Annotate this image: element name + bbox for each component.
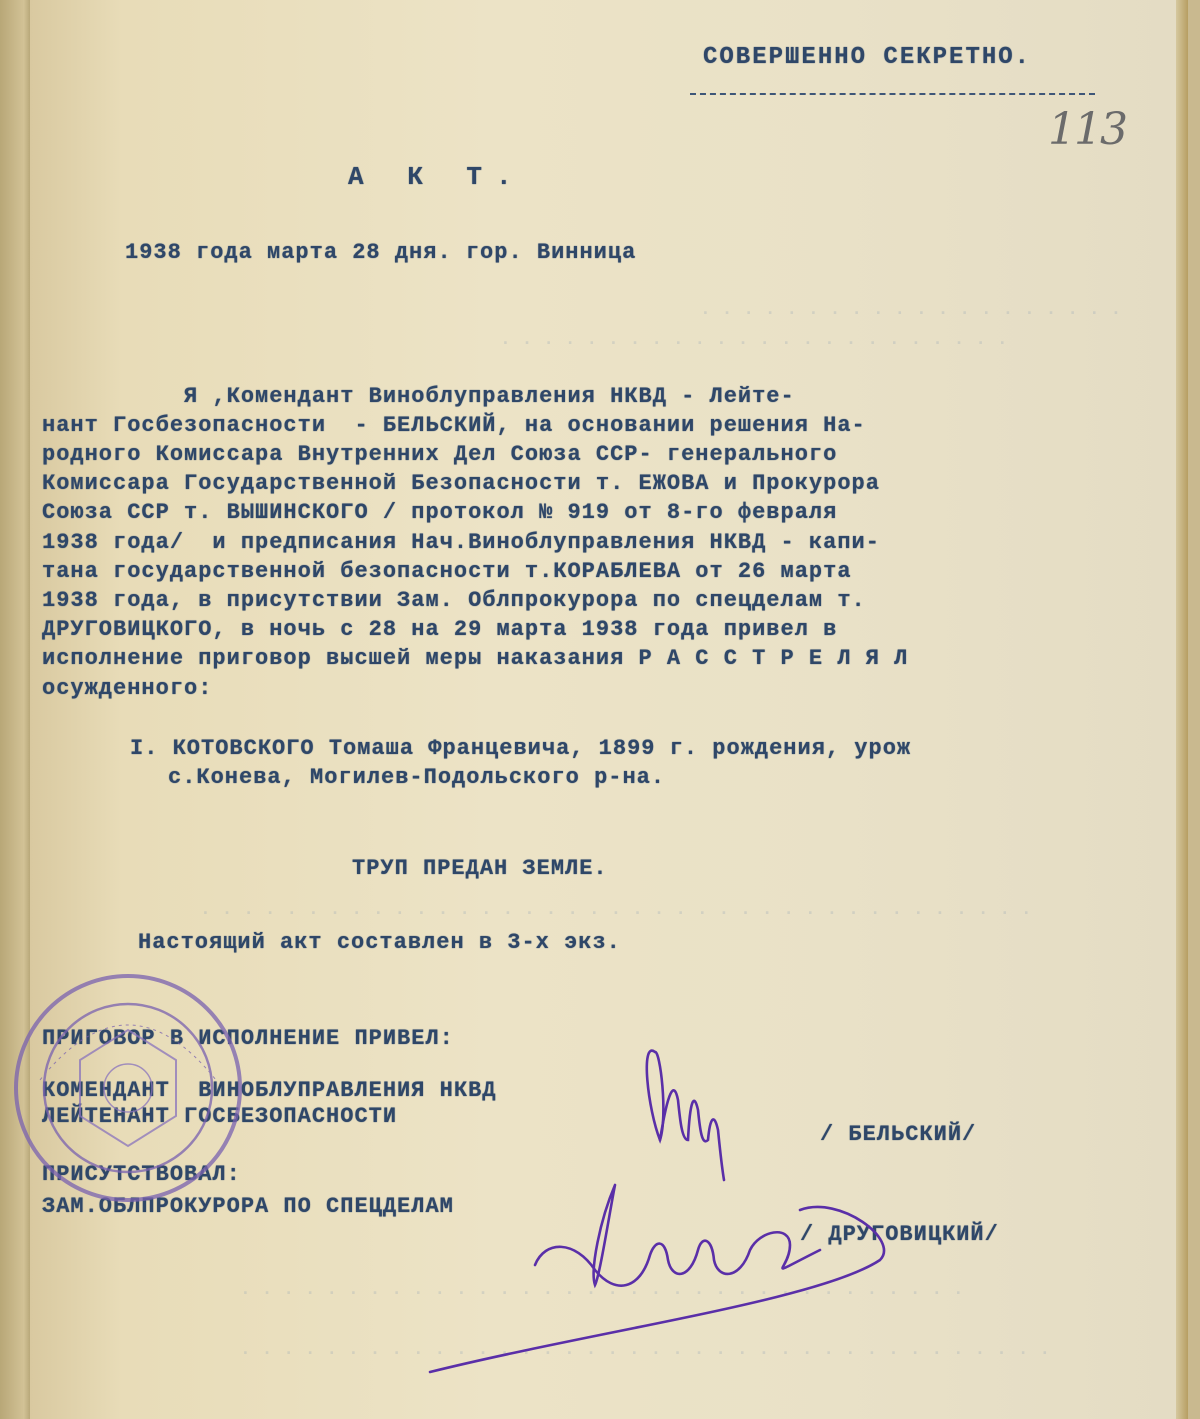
- official-seal-icon: [16, 976, 240, 1200]
- ink-overlay: [0, 0, 1200, 1419]
- executor-signature-icon: [647, 1051, 724, 1180]
- prosecutor-signature-icon: [430, 1185, 884, 1372]
